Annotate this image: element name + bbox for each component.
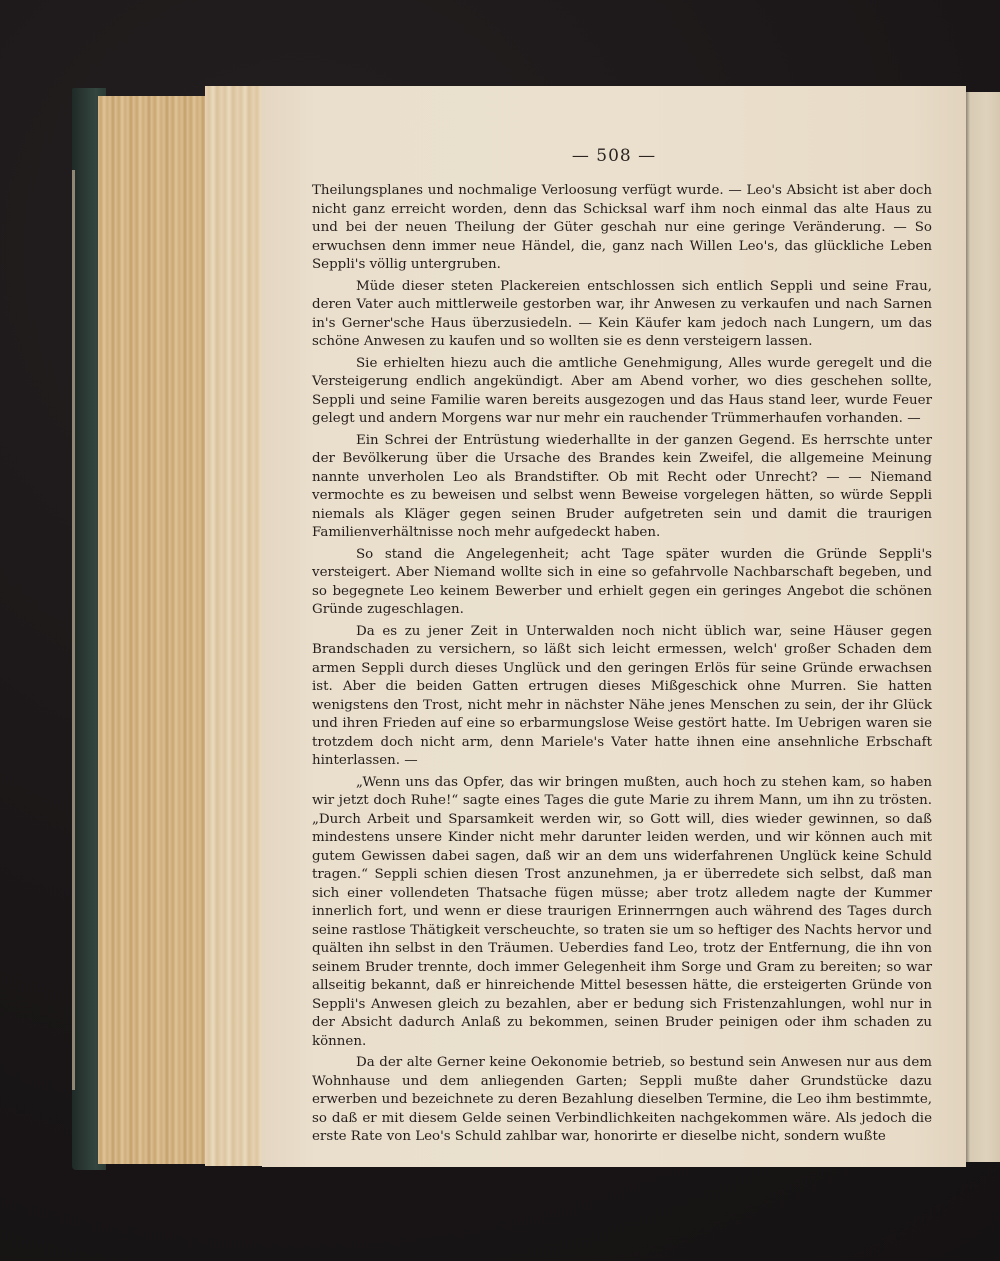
paragraph: Ein Schrei der Entrüstung wiederhallte i… <box>312 432 932 543</box>
page-stack-inner <box>205 86 267 1166</box>
paragraph: Theilungsplanes und nochmalige Verloosun… <box>312 182 932 275</box>
paragraph: So stand die Angelegenheit; acht Tage sp… <box>312 546 932 620</box>
page-body: Theilungsplanes und nochmalige Verloosun… <box>312 182 932 1147</box>
page-number: — 508 — <box>262 146 966 166</box>
adjacent-page-edge <box>966 92 1000 1162</box>
book-cover-edge <box>72 170 75 1090</box>
paragraph: Sie erhielten hiezu auch die amtliche Ge… <box>312 355 932 429</box>
paragraph: Da es zu jener Zeit in Unterwalden noch … <box>312 623 932 771</box>
paragraph: Da der alte Gerner keine Oekonomie betri… <box>312 1054 932 1147</box>
paragraph: Müde dieser steten Plackereien entschlos… <box>312 278 932 352</box>
paragraph: „Wenn uns das Opfer, das wir bringen muß… <box>312 774 932 1052</box>
